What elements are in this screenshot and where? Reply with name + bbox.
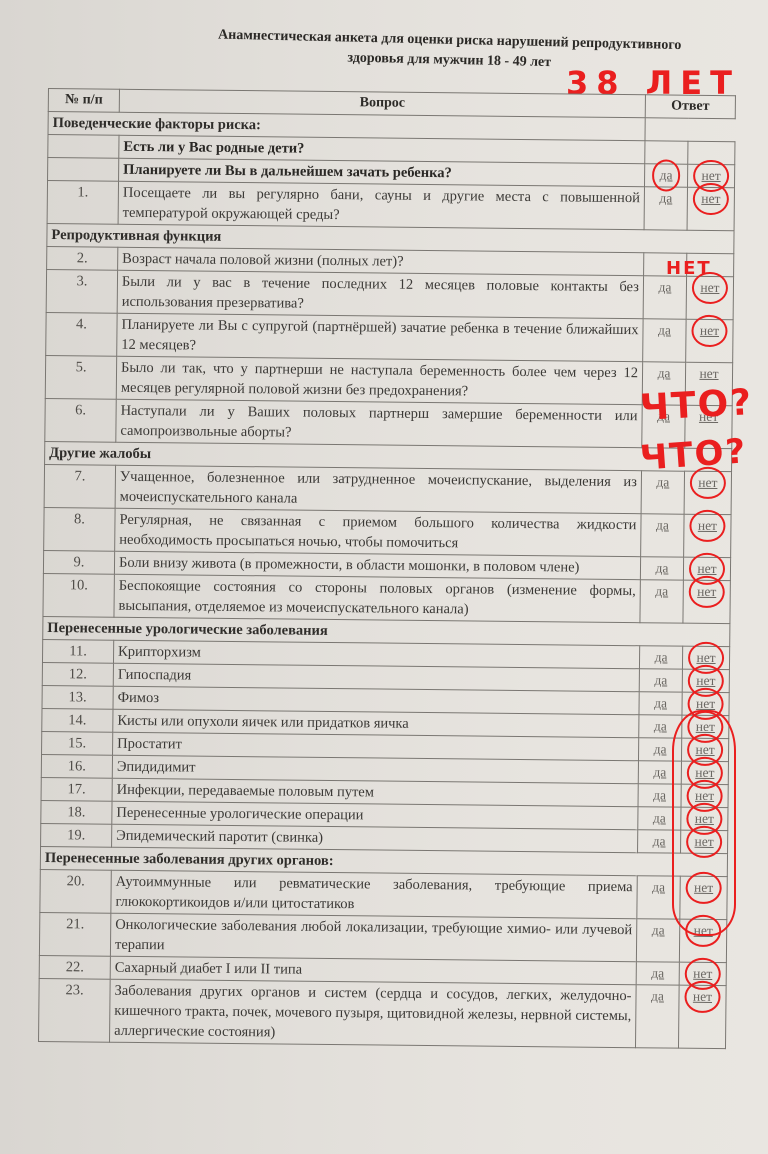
answer-yes[interactable]: да xyxy=(652,922,665,937)
answer-yes-cell[interactable]: да xyxy=(639,646,682,669)
answer-yes[interactable]: да xyxy=(656,517,669,532)
answer-yes[interactable]: да xyxy=(654,718,667,733)
row-question: Учащенное, болезненное или затрудненное … xyxy=(115,465,641,514)
handwritten-q3-note: НЕТ xyxy=(666,258,712,279)
answer-yes[interactable]: да xyxy=(651,965,664,980)
row-number: 6. xyxy=(45,398,116,442)
row-number: 19. xyxy=(41,823,112,847)
answer-yes[interactable]: да xyxy=(653,787,666,802)
answer-yes[interactable]: да xyxy=(653,833,666,848)
table-row: 10.Беспокоящие состояния со стороны поло… xyxy=(43,573,730,623)
row-number: 22. xyxy=(39,955,110,979)
table-row: 6.Наступали ли у Ваших половых партнерш … xyxy=(45,398,732,448)
table-row: 4.Планируете ли Вы с супругой (партнёрше… xyxy=(46,312,733,362)
row-number: 21. xyxy=(39,912,110,956)
answer-no-cell[interactable]: нет xyxy=(684,514,731,557)
row-question: Было ли так, что у партнерши не наступал… xyxy=(116,356,642,405)
row-number: 10. xyxy=(43,573,114,617)
answer-no-cell[interactable]: нет xyxy=(687,187,734,230)
row-question: Онкологические заболевания любой локализ… xyxy=(110,913,636,962)
table-row: 23.Заболевания других органов и систем (… xyxy=(39,978,727,1048)
table-row: 21.Онкологические заболевания любой лока… xyxy=(39,912,726,962)
answer-no[interactable]: нет xyxy=(700,321,719,341)
row-number: 1. xyxy=(47,181,118,225)
answer-yes[interactable]: да xyxy=(653,764,666,779)
answer-yes[interactable]: да xyxy=(653,810,666,825)
row-number: 15. xyxy=(42,731,113,755)
handwritten-q6-note: ЧТО? xyxy=(639,431,749,478)
row-question: Заболевания других органов и систем (сер… xyxy=(110,979,637,1048)
answer-no[interactable]: нет xyxy=(700,278,719,298)
row-number: 9. xyxy=(43,550,114,574)
row-question: Были ли у вас в течение последних 12 мес… xyxy=(117,270,643,319)
row-number: 11. xyxy=(42,639,113,663)
row-number: 16. xyxy=(41,754,112,778)
row-question: Посещаете ли вы регулярно бани, сауны и … xyxy=(118,181,644,230)
row-number: 8. xyxy=(44,507,115,551)
header-num: № п/п xyxy=(48,89,119,113)
answer-no[interactable]: нет xyxy=(699,366,718,381)
row-number: 2. xyxy=(47,246,118,270)
row-number: 13. xyxy=(42,685,113,709)
answer-yes-cell[interactable]: да xyxy=(636,919,679,962)
table-body: Поведенческие факторы риска:Есть ли у Ва… xyxy=(39,112,736,1049)
row-question: Аутоиммунные или ревматические заболеван… xyxy=(111,870,637,919)
table-row: 7.Учащенное, болезненное или затрудненно… xyxy=(44,464,731,514)
row-number: 20. xyxy=(40,869,111,913)
answer-yes-cell[interactable]: да xyxy=(643,276,686,319)
answer-yes[interactable]: да xyxy=(652,879,665,894)
answer-yes[interactable]: да xyxy=(658,279,671,294)
answer-no[interactable]: нет xyxy=(693,987,712,1007)
row-number: 23. xyxy=(39,978,111,1042)
row-number: 14. xyxy=(42,708,113,732)
row-question: Планируете ли Вы с супругой (партнёршей)… xyxy=(117,313,643,362)
row-number: 7. xyxy=(44,464,115,508)
answer-yes-cell[interactable]: да xyxy=(640,557,683,580)
answer-yes[interactable]: да xyxy=(654,672,667,687)
row-number xyxy=(48,135,119,159)
answer-no[interactable]: нет xyxy=(701,189,720,209)
row-question: Регулярная, не связанная с приемом больш… xyxy=(115,508,641,557)
answer-no-cell[interactable]: нет xyxy=(686,319,733,362)
answer-yes-cell[interactable]: да xyxy=(639,669,682,692)
answer-yes-cell[interactable]: да xyxy=(635,985,679,1048)
answer-yes[interactable]: да xyxy=(659,190,672,205)
row-number: 12. xyxy=(42,662,113,686)
questionnaire-table: № п/п Вопрос Ответ Поведенческие факторы… xyxy=(38,88,736,1049)
answer-yes-cell[interactable]: да xyxy=(636,962,679,985)
answer-no-cell[interactable]: нет xyxy=(683,580,730,623)
handwritten-oval-mark xyxy=(672,710,736,936)
answer-no[interactable]: нет xyxy=(697,582,716,602)
answer-yes-cell[interactable]: да xyxy=(640,580,683,623)
answer-yes-cell[interactable]: да xyxy=(643,319,686,362)
table-row: 8.Регулярная, не связанная с приемом бол… xyxy=(44,507,731,557)
answer-yes[interactable]: да xyxy=(658,365,671,380)
answer-no-cell[interactable]: нет xyxy=(686,276,733,319)
row-question: Беспокоящие состояния со стороны половых… xyxy=(114,574,640,623)
answer-yes-cell[interactable]: да xyxy=(644,164,687,187)
answer-yes[interactable]: да xyxy=(655,560,668,575)
answer-yes[interactable]: да xyxy=(654,741,667,756)
answer-no-cell[interactable]: нет xyxy=(684,471,731,514)
answer-no[interactable]: нет xyxy=(698,516,717,536)
answer-yes[interactable]: да xyxy=(660,165,673,185)
table-row: 3.Были ли у вас в течение последних 12 м… xyxy=(46,269,733,319)
row-number xyxy=(48,158,119,182)
answer-no-cell[interactable]: нет xyxy=(678,985,726,1048)
answer-yes[interactable]: да xyxy=(655,649,668,664)
row-number: 18. xyxy=(41,800,112,824)
table-row: 20.Аутоиммунные или ревматические заболе… xyxy=(40,869,727,919)
answer-yes-cell[interactable]: да xyxy=(639,692,682,715)
row-number: 5. xyxy=(45,355,116,399)
row-question: Наступали ли у Ваших половых партнерш за… xyxy=(116,399,642,448)
answer-no[interactable]: нет xyxy=(698,473,717,493)
handwritten-q5-note: ЧТО? xyxy=(639,382,754,429)
row-number: 4. xyxy=(46,312,117,356)
answer-yes[interactable]: да xyxy=(655,583,668,598)
row-number: 3. xyxy=(46,269,117,313)
answer-yes[interactable]: да xyxy=(651,988,664,1003)
table-row: 1.Посещаете ли вы регулярно бани, сауны … xyxy=(47,181,734,231)
answer-yes[interactable]: да xyxy=(654,695,667,710)
table-row: 5.Было ли так, что у партнерши не наступ… xyxy=(45,355,732,405)
header-answer: Ответ xyxy=(645,95,735,119)
row-number: 17. xyxy=(41,777,112,801)
answer-yes-cell[interactable]: да xyxy=(644,187,687,230)
answer-yes[interactable]: да xyxy=(658,322,671,337)
answer-yes-cell[interactable]: да xyxy=(641,514,684,557)
